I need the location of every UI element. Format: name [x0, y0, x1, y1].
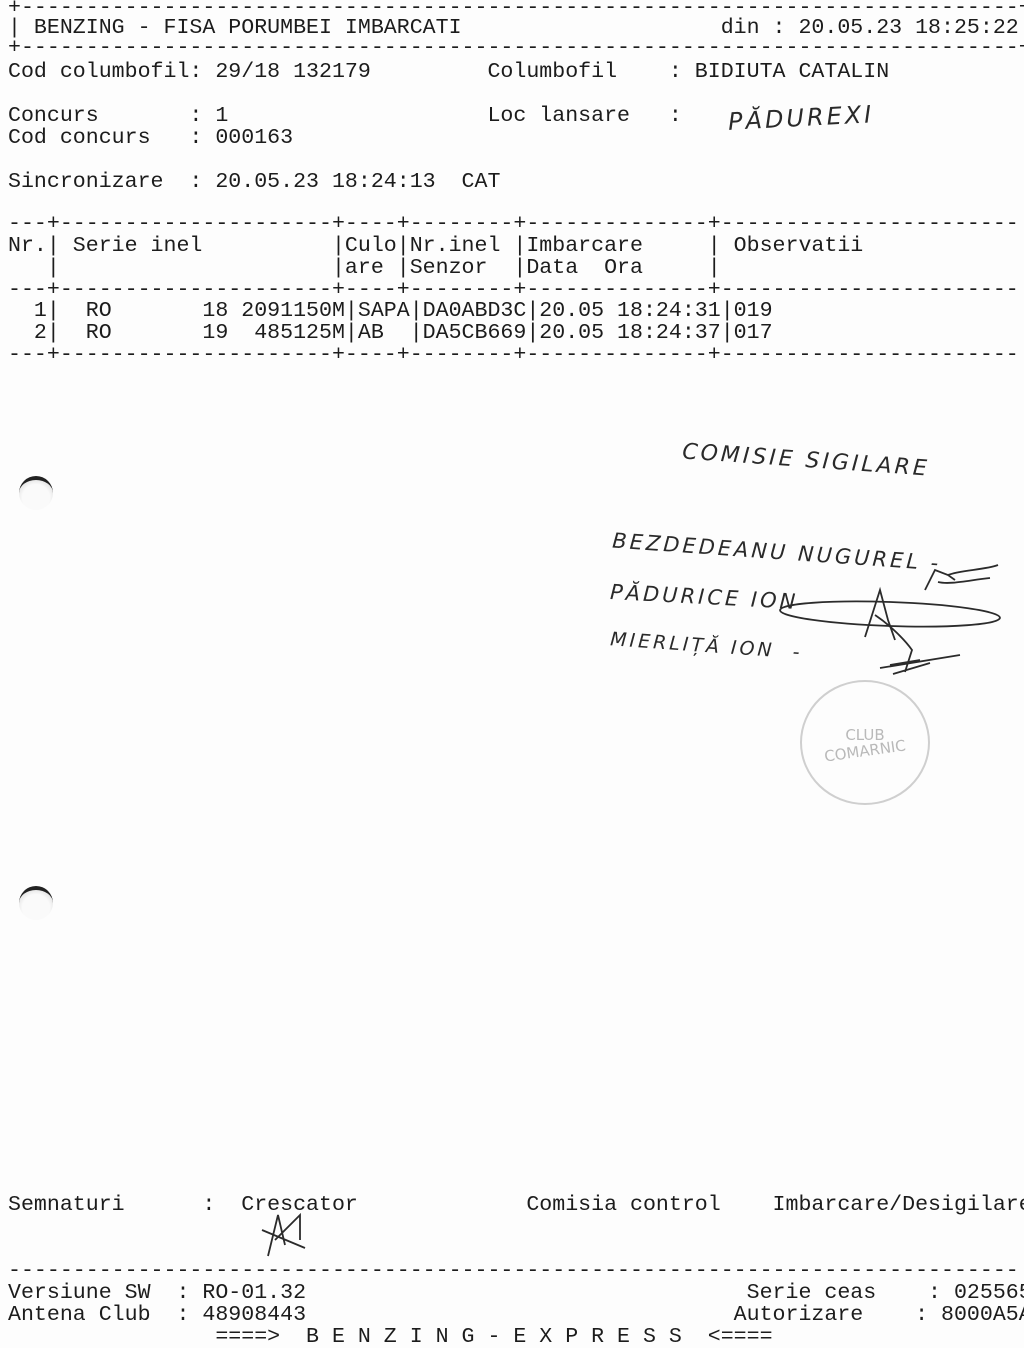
club-stamp: CLUB COMARNIC — [800, 680, 930, 805]
benzing-express-brand: ====> B E N Z I N G - E X P R E S S <===… — [8, 1326, 773, 1348]
versiune-sw-line: Versiune SW : RO-01.32 Serie ceas : 0255… — [8, 1282, 1024, 1304]
footer-divider: ----------------------------------------… — [8, 1260, 1019, 1282]
signatures-line: Semnaturi : Crescator Comisia control Im… — [8, 1194, 1024, 1216]
punch-hole-icon — [19, 476, 53, 510]
antena-club-line: Antena Club : 48908443 Autorizare : 8000… — [8, 1304, 1024, 1326]
punch-hole-icon — [19, 886, 53, 920]
signature-scribbles — [0, 0, 1024, 1348]
